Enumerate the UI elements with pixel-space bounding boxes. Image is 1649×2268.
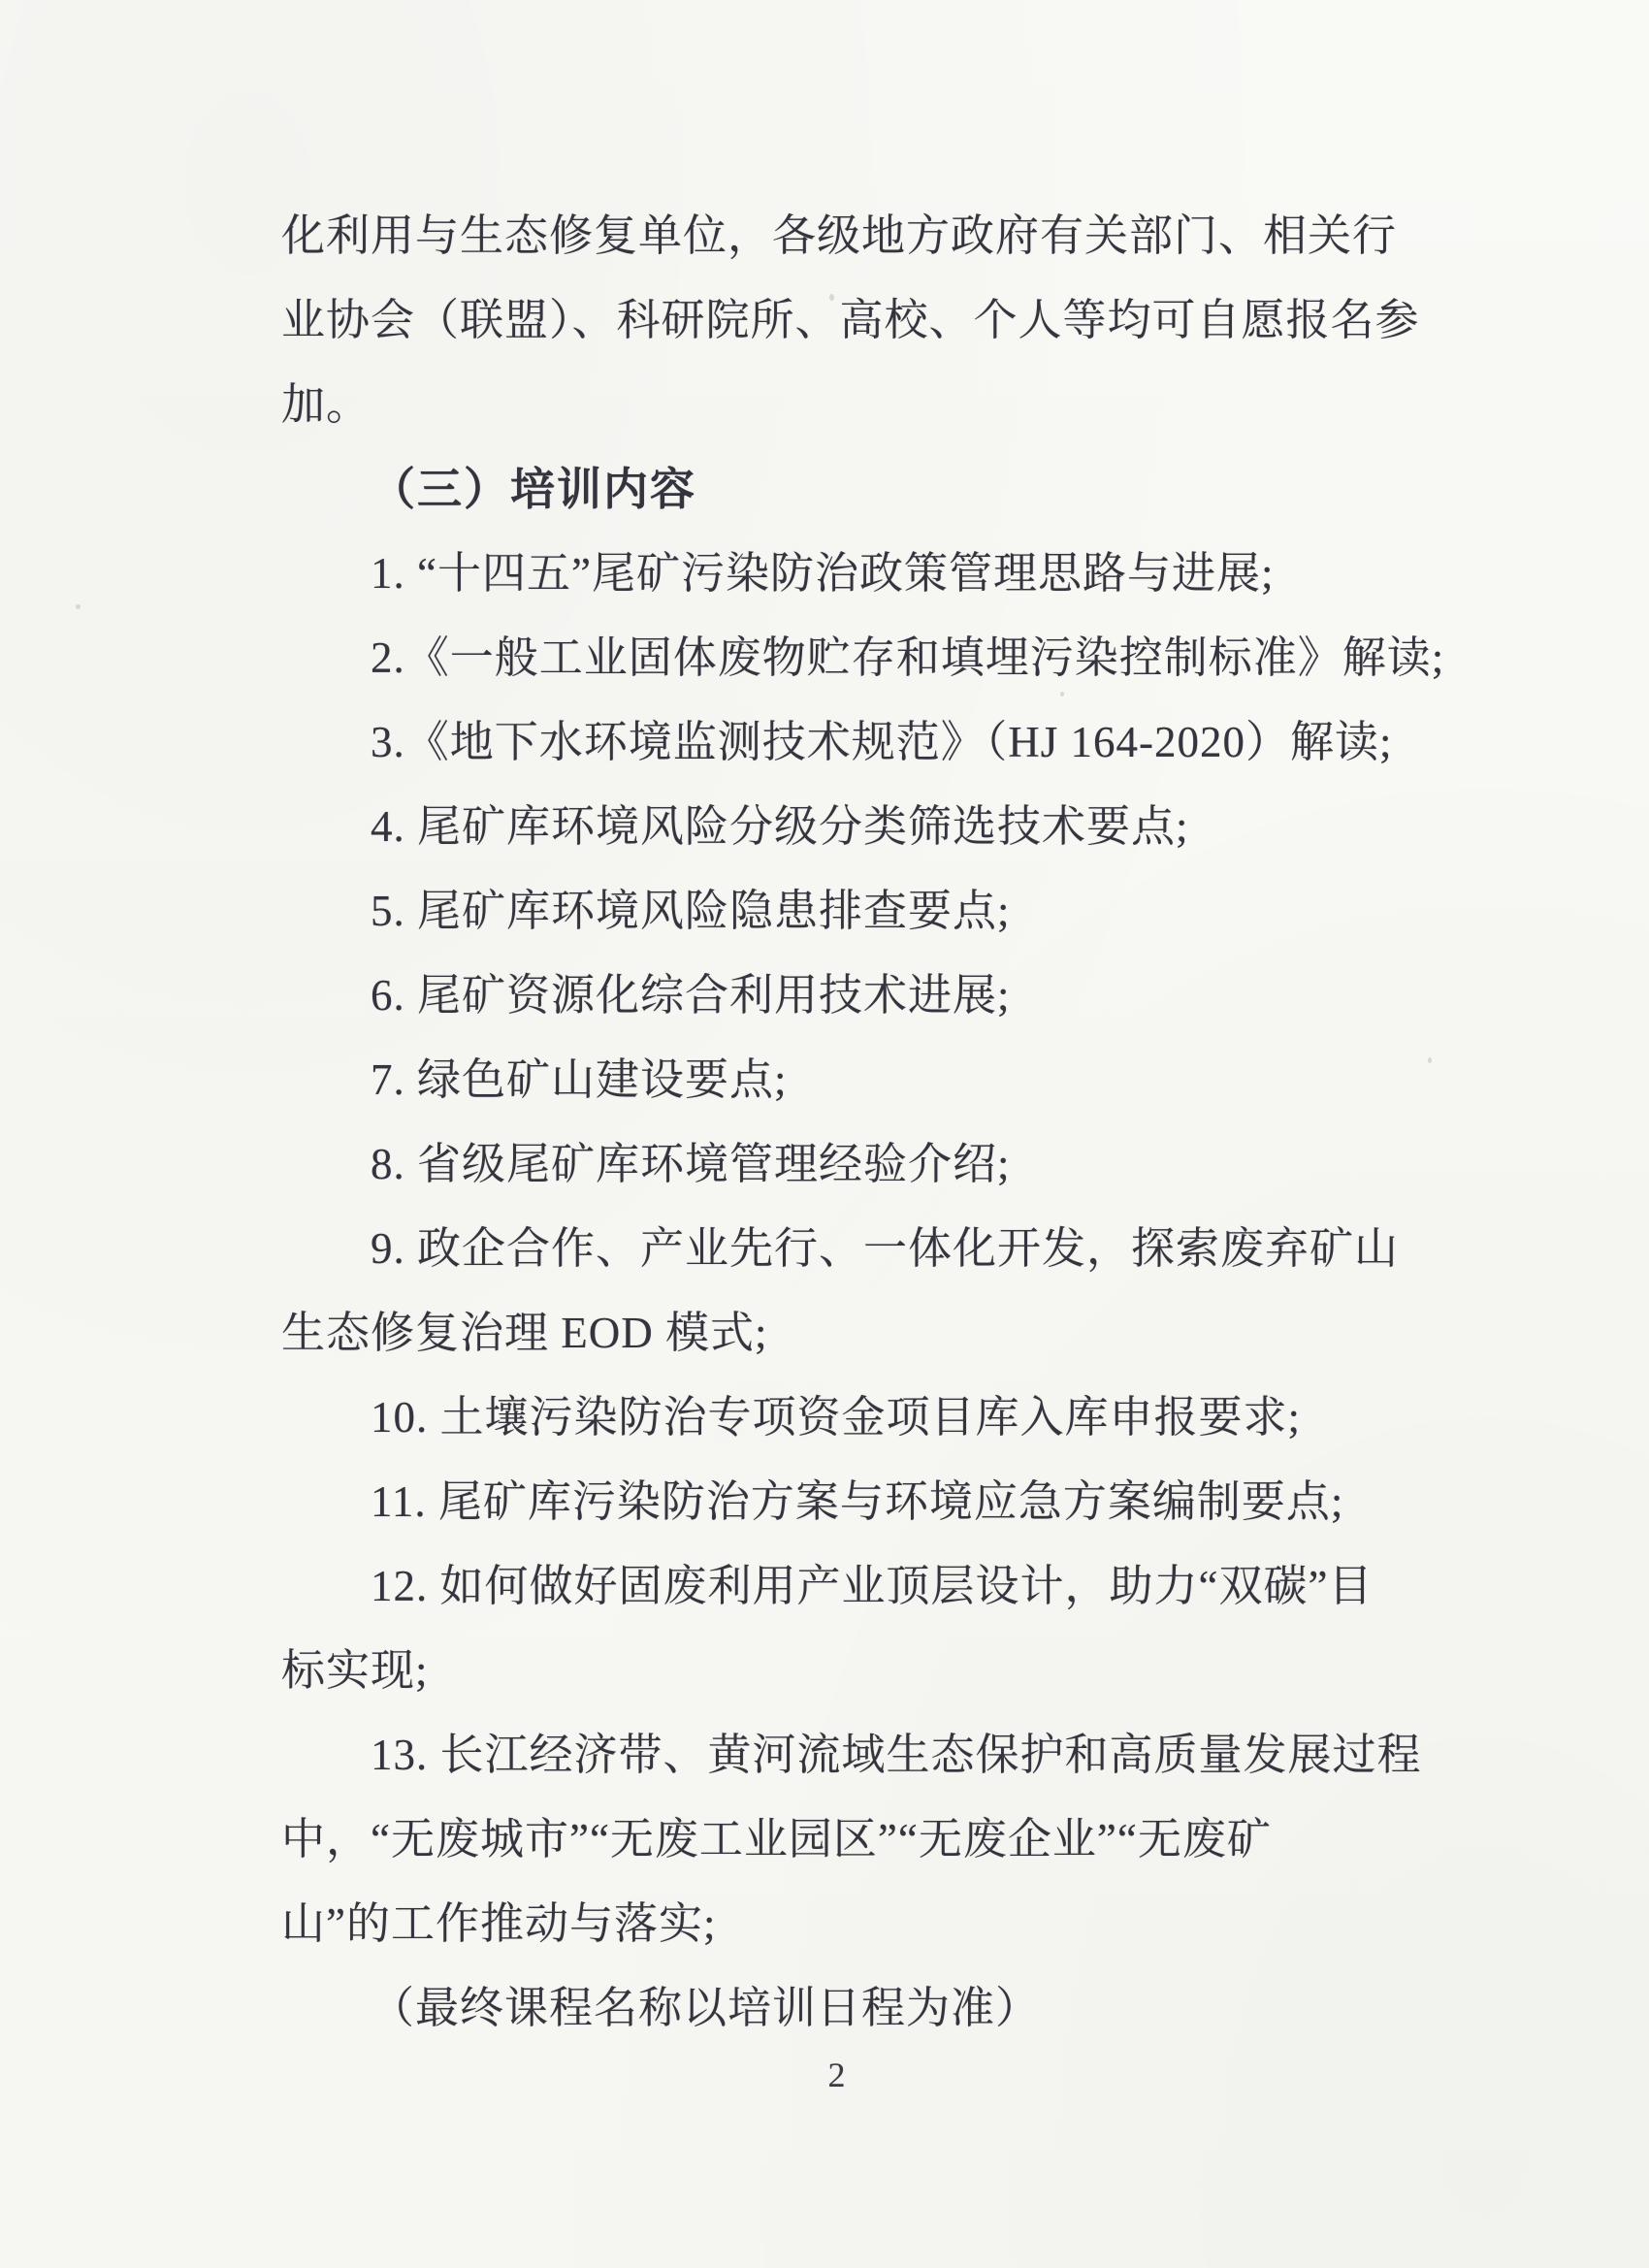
training-item-10: 10. 土壤污染防治专项资金项目库入库申报要求;: [281, 1376, 1392, 1460]
training-item-6: 6. 尾矿资源化综合利用技术进展;: [281, 954, 1392, 1038]
section-heading: （三）培训内容: [281, 447, 1392, 532]
training-item-5: 5. 尾矿库环境风险隐患排查要点;: [281, 869, 1392, 954]
training-item-13-continuation: 中，“无废城市”“无废工业园区”“无废企业”“无废矿: [281, 1798, 1392, 1882]
scan-artifact: [1428, 1057, 1432, 1063]
document-body: 化利用与生态修复单位，各级地方政府有关部门、相关行 业协会（联盟）、科研院所、高…: [281, 194, 1392, 2051]
training-item-12-continuation: 标实现;: [281, 1629, 1392, 1713]
paragraph-line: 加。: [281, 363, 1392, 447]
scan-artifact: [829, 294, 834, 301]
training-item-7: 7. 绿色矿山建设要点;: [281, 1038, 1392, 1122]
training-item-13: 13. 长江经济带、黄河流域生态保护和高质量发展过程: [281, 1713, 1392, 1798]
training-item-2: 2.《一般工业固体废物贮存和填埋污染控制标准》解读;: [281, 616, 1392, 700]
paragraph-line: 化利用与生态修复单位，各级地方政府有关部门、相关行: [281, 194, 1392, 278]
training-item-13-continuation: 山”的工作推动与落实;: [281, 1882, 1392, 1966]
training-item-3: 3.《地下水环境监测技术规范》（HJ 164-2020）解读;: [281, 700, 1392, 785]
training-item-9: 9. 政企合作、产业先行、一体化开发，探索废弃矿山: [281, 1207, 1392, 1291]
page-number: 2: [281, 2055, 1392, 2095]
training-item-11: 11. 尾矿库污染防治方案与环境应急方案编制要点;: [281, 1460, 1392, 1544]
training-item-12: 12. 如何做好固废利用产业顶层设计，助力“双碳”目: [281, 1544, 1392, 1629]
paragraph-line: 业协会（联盟）、科研院所、高校、个人等均可自愿报名参: [281, 278, 1392, 363]
scanned-document-page: 化利用与生态修复单位，各级地方政府有关部门、相关行 业协会（联盟）、科研院所、高…: [0, 0, 1649, 2268]
training-item-4: 4. 尾矿库环境风险分级分类筛选技术要点;: [281, 785, 1392, 869]
scan-artifact: [1060, 692, 1064, 697]
scan-artifact: [76, 604, 81, 609]
training-item-1: 1. “十四五”尾矿污染防治政策管理思路与进展;: [281, 532, 1392, 616]
training-item-8: 8. 省级尾矿库环境管理经验介绍;: [281, 1122, 1392, 1207]
closing-note: （最终课程名称以培训日程为准）: [281, 1966, 1392, 2051]
training-item-9-continuation: 生态修复治理 EOD 模式;: [281, 1291, 1392, 1376]
